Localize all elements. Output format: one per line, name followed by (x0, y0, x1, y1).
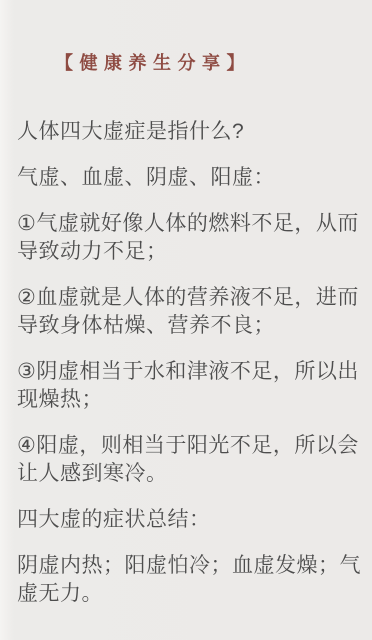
article-body: 人体四大虚症是指什么? 气虚、血虚、阴虚、阳虚： ①气虚就好像人体的燃料不足，从… (17, 118, 362, 626)
text-line: 现燥热； (17, 386, 362, 414)
paragraph-summary: 阴虚内热；阳虚怕冷；血虚发燥；气 虚无力。 (17, 552, 362, 608)
paragraph-four-deficiencies: 气虚、血虚、阴虚、阳虚： (17, 164, 362, 192)
text-line: 导致身体枯燥、营养不良； (17, 312, 362, 340)
text-line: ③阴虚相当于水和津液不足，所以出 (17, 358, 362, 386)
text-line: 导致动力不足； (17, 238, 362, 266)
text-line: ①气虚就好像人体的燃料不足，从而 (17, 210, 362, 238)
share-card: 【健康养生分享】 人体四大虚症是指什么? 气虚、血虚、阴虚、阳虚： ①气虚就好像… (0, 0, 372, 640)
text-line: 让人感到寒冷。 (17, 460, 362, 488)
paragraph-yang-deficiency: ④阳虚，则相当于阳光不足，所以会 让人感到寒冷。 (17, 432, 362, 488)
text-line: ④阳虚，则相当于阳光不足，所以会 (17, 432, 362, 460)
page-title: 【健康养生分享】 (55, 49, 251, 75)
text-line: ②血虚就是人体的营养液不足，进而 (17, 284, 362, 312)
text-line: 人体四大虚症是指什么? (17, 118, 362, 146)
text-line: 四大虚的症状总结： (17, 506, 362, 534)
text-line: 阴虚内热；阳虚怕冷；血虚发燥；气 (17, 552, 362, 580)
paragraph-question: 人体四大虚症是指什么? (17, 118, 362, 146)
paragraph-blood-deficiency: ②血虚就是人体的营养液不足，进而 导致身体枯燥、营养不良； (17, 284, 362, 340)
text-line: 虚无力。 (17, 580, 362, 608)
text-line: 气虚、血虚、阴虚、阳虚： (17, 164, 362, 192)
paragraph-summary-heading: 四大虚的症状总结： (17, 506, 362, 534)
paragraph-qi-deficiency: ①气虚就好像人体的燃料不足，从而 导致动力不足； (17, 210, 362, 266)
paragraph-yin-deficiency: ③阴虚相当于水和津液不足，所以出 现燥热； (17, 358, 362, 414)
